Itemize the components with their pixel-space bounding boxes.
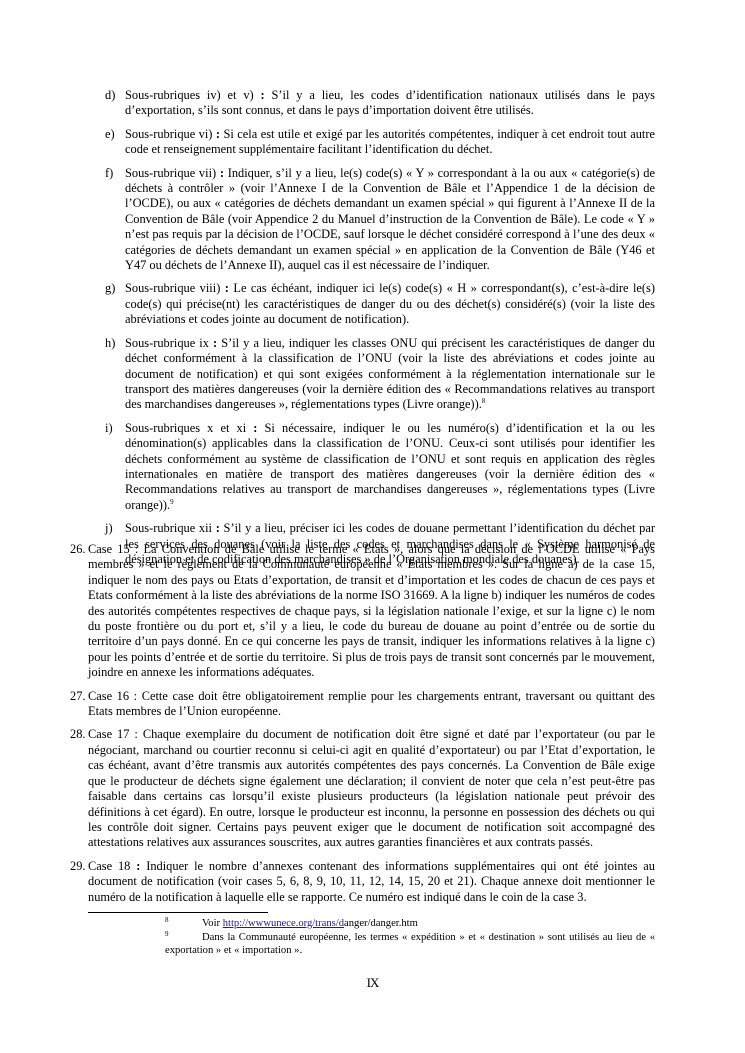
footnotes: 8Voir http://wwwunece.org/trans/danger/d… <box>165 917 655 958</box>
numbered-paragraph-list: 26.Case 15 : La Convention de Bâle utili… <box>70 542 655 913</box>
paragraph-number: 27. <box>70 689 86 704</box>
item-title: Sous-rubriques iv) et v) <box>125 88 254 102</box>
sub-item-i: i)Sous-rubriques x et xi : Si nécessaire… <box>88 421 655 513</box>
paragraph-title: Case 18 <box>88 859 130 873</box>
paragraph-colon: : <box>130 859 140 873</box>
page-number: IX <box>0 975 745 990</box>
sub-rubrique-list: d)Sous-rubriques iv) et v) : S’il y a li… <box>88 88 655 575</box>
footnote-prefix: Voir <box>202 918 223 929</box>
item-label: j) <box>105 521 113 536</box>
footnote-separator <box>88 912 268 913</box>
footnote-9: 9Dans la Communauté européenne, les term… <box>165 931 655 958</box>
paragraph-28: 28.Case 17 : Chaque exemplaire du docume… <box>70 727 655 850</box>
item-title: Sous-rubrique xii <box>125 521 212 535</box>
item-colon: : <box>212 521 220 535</box>
sub-item-f: f)Sous-rubrique vii) : Indiquer, s’il y … <box>88 166 655 274</box>
item-title: Sous-rubrique vii) <box>125 166 216 180</box>
item-text: Indiquer, s’il y a lieu, le(s) code(s) «… <box>125 166 655 272</box>
item-label: d) <box>105 88 115 103</box>
footnote-text: Dans la Communauté européenne, les terme… <box>165 932 655 957</box>
item-colon: : <box>220 281 229 295</box>
document-page: d)Sous-rubriques iv) et v) : S’il y a li… <box>0 0 745 1053</box>
footnote-8: 8Voir http://wwwunece.org/trans/danger/d… <box>165 917 655 931</box>
paragraph-29: 29.Case 18 : Indiquer le nombre d’annexe… <box>70 859 655 905</box>
item-label: f) <box>105 166 113 181</box>
sub-item-e: e)Sous-rubrique vi) : Si cela est utile … <box>88 127 655 158</box>
footnote-ref-8[interactable]: 8 <box>482 397 486 405</box>
item-label: g) <box>105 281 115 296</box>
sub-item-g: g)Sous-rubrique viii) : Le cas échéant, … <box>88 281 655 327</box>
item-colon: : <box>209 336 217 350</box>
footnote-suffix: anger/danger.htm <box>344 918 418 929</box>
item-label: e) <box>105 127 115 142</box>
sub-item-h: h)Sous-rubrique ix : S’il y a lieu, indi… <box>88 336 655 413</box>
footnote-ref-9[interactable]: 9 <box>170 498 174 506</box>
item-title: Sous-rubriques x et xi <box>125 421 246 435</box>
item-colon: : <box>216 166 224 180</box>
paragraph-number: 28. <box>70 727 86 742</box>
sub-item-d: d)Sous-rubriques iv) et v) : S’il y a li… <box>88 88 655 119</box>
item-label: h) <box>105 336 115 351</box>
paragraph-number: 26. <box>70 542 86 557</box>
item-colon: : <box>246 421 257 435</box>
paragraph-text: Case 16 : Cette case doit être obligatoi… <box>88 689 655 718</box>
item-title: Sous-rubrique vi) <box>125 127 212 141</box>
footnote-link[interactable]: http://wwwunece.org/trans/d <box>223 918 344 929</box>
paragraph-27: 27.Case 16 : Cette case doit être obliga… <box>70 689 655 720</box>
paragraph-text: Case 15 : La Convention de Bâle utilise … <box>88 542 655 679</box>
item-colon: : <box>254 88 265 102</box>
item-colon: : <box>212 127 220 141</box>
item-label: i) <box>105 421 113 436</box>
paragraph-text: Case 17 : Chaque exemplaire du document … <box>88 727 655 849</box>
paragraph-26: 26.Case 15 : La Convention de Bâle utili… <box>70 542 655 681</box>
paragraph-number: 29. <box>70 859 86 874</box>
paragraph-text: Indiquer le nombre d’annexes contenant d… <box>88 859 655 904</box>
item-title: Sous-rubrique viii) <box>125 281 220 295</box>
item-title: Sous-rubrique ix <box>125 336 209 350</box>
